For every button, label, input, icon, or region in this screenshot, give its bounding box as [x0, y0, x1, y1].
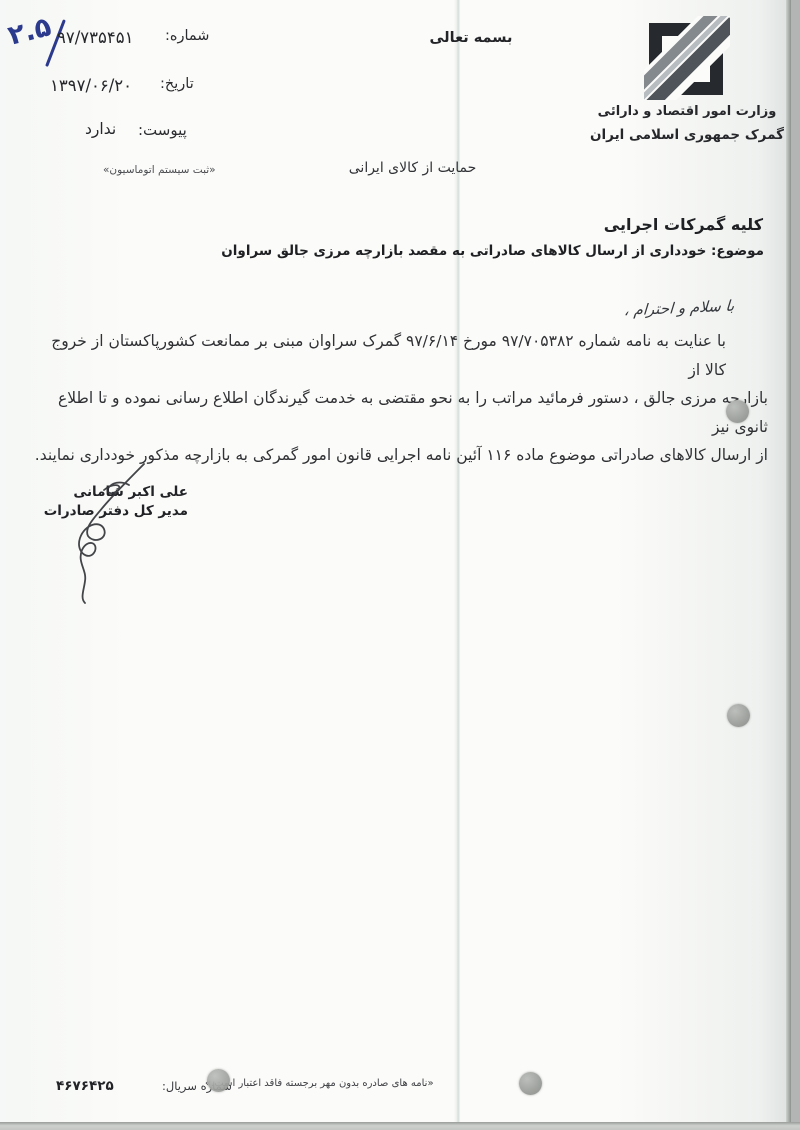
date-value: ۱۳۹۷/۰۶/۲۰: [50, 76, 132, 95]
number-value: ۹۷/۷۳۵۴۵۱: [57, 28, 133, 47]
bismillah-heading: بسمه تعالی: [416, 30, 526, 46]
body-line-2: بازارچه مرزی جالق ، دستور فرمائید مراتب …: [30, 384, 768, 441]
validity-note: «نامه های صادره بدون مهر برجسته فاقد اعت…: [205, 1078, 434, 1089]
org-name-line2: گمرک جمهوری اسلامی ایران: [582, 127, 792, 143]
org-name-line1: وزارت امور اقتصاد و دارائی: [582, 104, 792, 119]
number-label: شماره:: [165, 28, 209, 44]
date-label: تاریخ:: [160, 76, 194, 92]
letter-body: با عنایت به نامه شماره ۹۷/۷۰۵۳۸۲ مورخ ۹۷…: [30, 327, 768, 470]
hole-punch-mark: [727, 704, 750, 727]
hole-punch-mark: [726, 400, 749, 423]
scanned-letter: وزارت امور اقتصاد و دارائی گمرک جمهوری ا…: [0, 0, 800, 1130]
subject-line: موضوع: خودداری از ارسال کالاهای صادراتی …: [221, 243, 764, 259]
attachment-label: پیوست:: [138, 121, 187, 139]
scanner-background-bottom: [0, 1122, 800, 1130]
addressee-line: کلیه گمرکات اجرایی: [604, 215, 763, 234]
hole-punch-mark: [207, 1069, 230, 1092]
automation-system-note: «ثبت سیستم اتوماسیون»: [103, 164, 216, 176]
serial-number-value: ۴۶۷۶۴۲۵: [56, 1078, 114, 1094]
support-iranian-goods-slogan: حمایت از کالای ایرانی: [340, 160, 485, 176]
body-line-1: با عنایت به نامه شماره ۹۷/۷۰۵۳۸۲ مورخ ۹۷…: [30, 327, 768, 384]
scanner-background-right: [791, 0, 800, 1130]
hole-punch-mark: [519, 1072, 542, 1095]
handwritten-signature-icon: [40, 452, 180, 607]
attachment-value: ندارد: [85, 120, 116, 138]
customs-logo-icon: [644, 16, 730, 100]
iran-customs-logo: [644, 16, 730, 100]
